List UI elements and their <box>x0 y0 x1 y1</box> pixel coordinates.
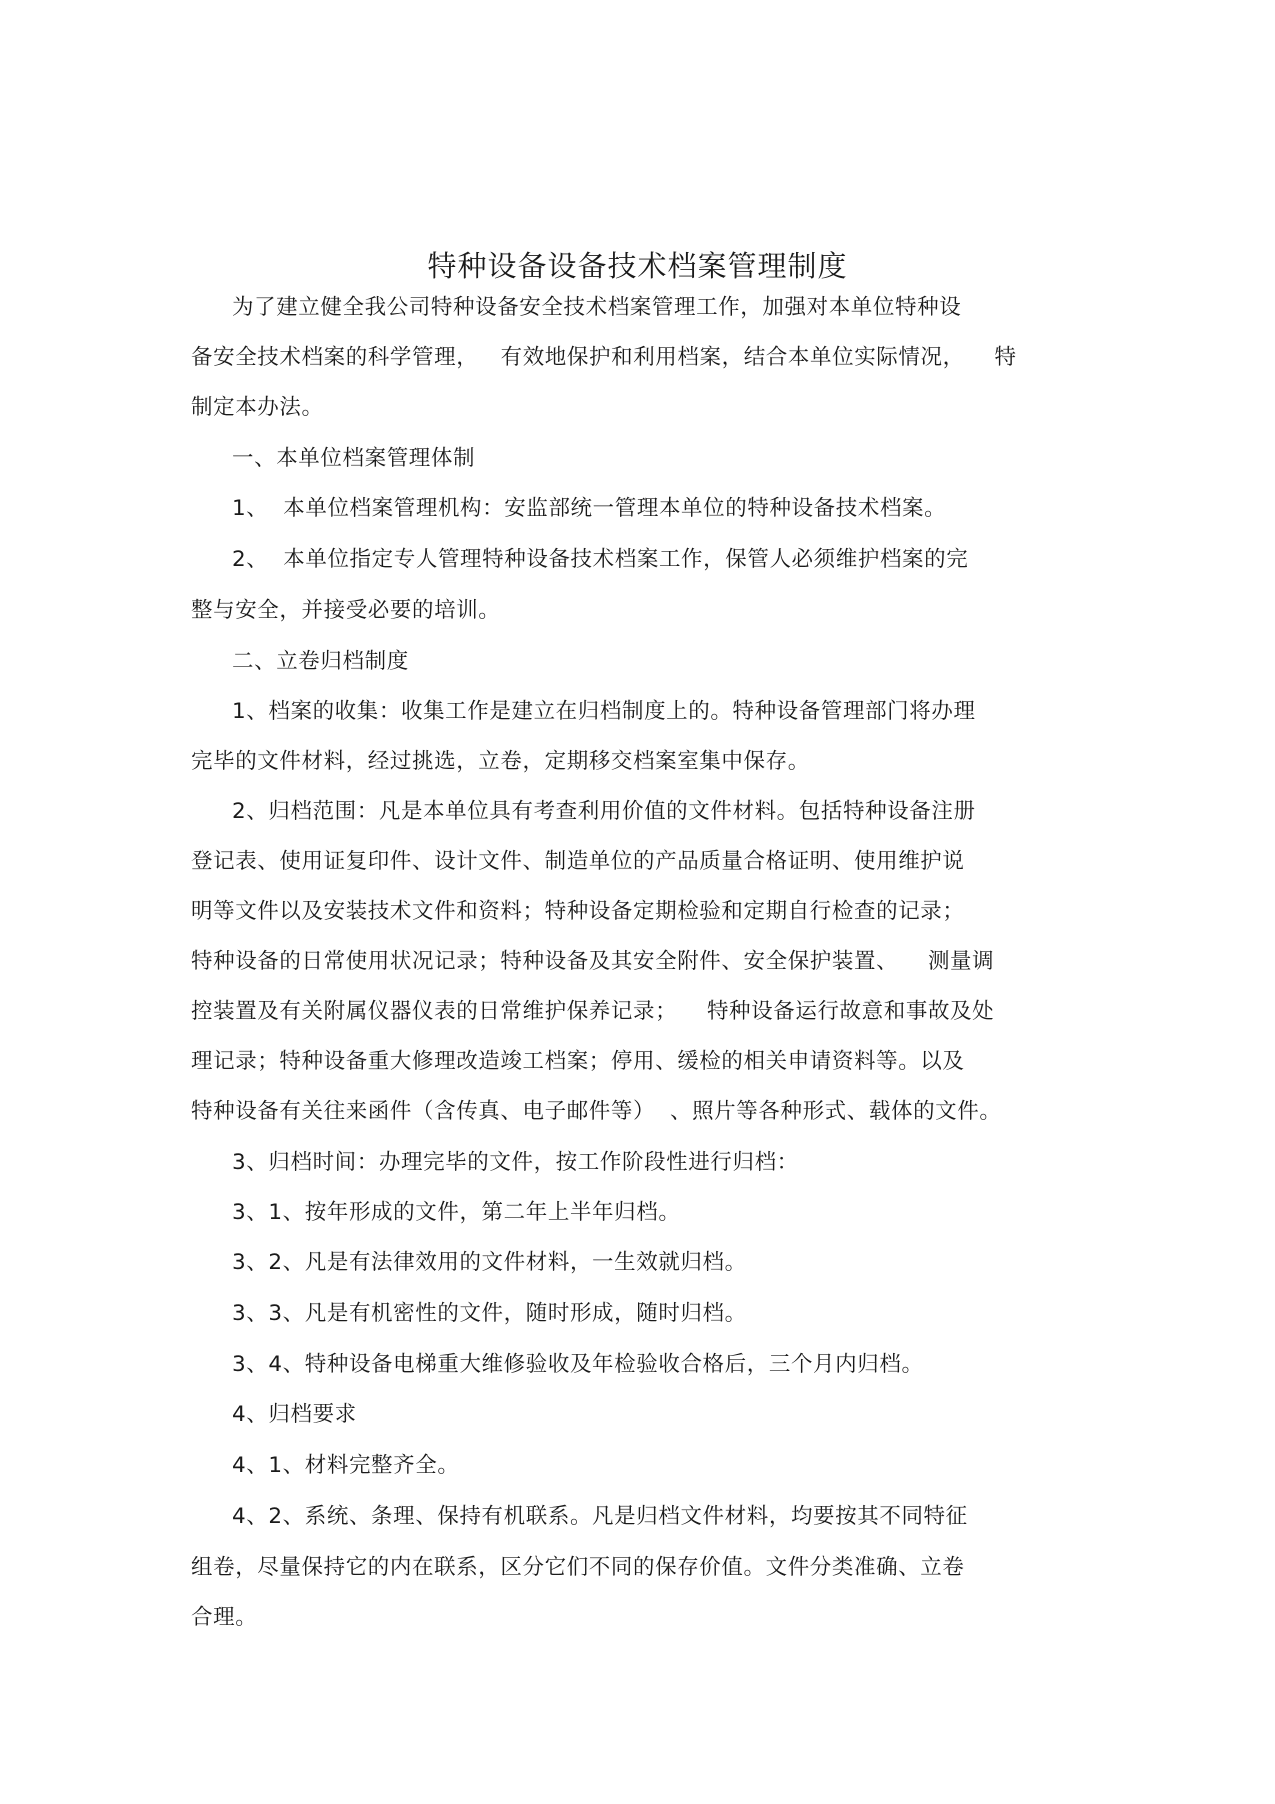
item-1-2-line-2: 整与安全，并接受必要的培训。 <box>191 596 500 626</box>
item-2-2-line-6: 理记录；特种设备重大修理改造竣工档案；停用、缓检的相关申请资料等。以及 <box>191 1047 965 1077</box>
item-1-1: 1、 本单位档案管理机构：安监部统一管理本单位的特种设备技术档案。 <box>232 494 946 524</box>
section-heading-1: 一、本单位档案管理体制 <box>232 444 475 474</box>
paragraph-intro-line-2: 备安全技术档案的科学管理， 有效地保护和利用档案，结合本单位实际情况， 特 <box>191 343 1017 373</box>
item-2-3-2: 3、2、凡是有法律效用的文件材料，一生效就归档。 <box>232 1248 747 1278</box>
item-2-2-line-1: 2、归档范围：凡是本单位具有考查利用价值的文件材料。包括特种设备注册 <box>232 797 976 827</box>
document-page: 特种设备设备技术档案管理制度 为了建立健全我公司特种设备安全技术档案管理工作，加… <box>0 0 1275 1804</box>
item-2-2-line-7: 特种设备有关往来函件（含传真、电子邮件等） 、照片等各种形式、载体的文件。 <box>191 1097 1001 1127</box>
item-2-4-1: 4、1、材料完整齐全。 <box>232 1451 459 1481</box>
item-2-4-2-line-2: 组卷，尽量保持它的内在联系，区分它们不同的保存价值。文件分类准确、立卷 <box>191 1553 965 1583</box>
item-2-3-3: 3、3、凡是有机密性的文件，随时形成，随时归档。 <box>232 1299 747 1329</box>
item-2-3-4: 3、4、特种设备电梯重大维修验收及年检验收合格后，三个月内归档。 <box>232 1350 924 1380</box>
item-2-2-line-4: 特种设备的日常使用状况记录；特种设备及其安全附件、安全保护装置、 测量调 <box>191 947 994 977</box>
item-1-2-line-1: 2、 本单位指定专人管理特种设备技术档案工作，保管人必须维护档案的完 <box>232 545 968 575</box>
item-2-4-2-line-3: 合理。 <box>191 1603 257 1633</box>
paragraph-intro-line-1: 为了建立健全我公司特种设备安全技术档案管理工作，加强对本单位特种设 <box>232 293 961 323</box>
item-2-2-line-5: 控装置及有关附属仪器仪表的日常维护保养记录； 特种设备运行故意和事故及处 <box>191 997 994 1027</box>
item-2-3-1: 3、1、按年形成的文件，第二年上半年归档。 <box>232 1198 680 1228</box>
section-heading-2: 二、立卷归档制度 <box>232 647 409 677</box>
item-2-1-line-1: 1、档案的收集：收集工作是建立在归档制度上的。特种设备管理部门将办理 <box>232 697 976 727</box>
item-2-1-line-2: 完毕的文件材料，经过挑选，立卷，定期移交档案室集中保存。 <box>191 747 810 777</box>
item-2-3: 3、归档时间：办理完毕的文件，按工作阶段性进行归档： <box>232 1148 799 1178</box>
item-2-4: 4、归档要求 <box>232 1400 357 1430</box>
item-2-4-2-line-1: 4、2、系统、条理、保持有机联系。凡是归档文件材料，均要按其不同特征 <box>232 1502 968 1532</box>
item-2-2-line-2: 登记表、使用证复印件、设计文件、制造单位的产品质量合格证明、使用维护说 <box>191 847 965 877</box>
document-title: 特种设备设备技术档案管理制度 <box>0 248 1275 284</box>
item-2-2-line-3: 明等文件以及安装技术文件和资料；特种设备定期检验和定期自行检查的记录； <box>191 897 965 927</box>
paragraph-intro-line-3: 制定本办法。 <box>191 393 324 423</box>
